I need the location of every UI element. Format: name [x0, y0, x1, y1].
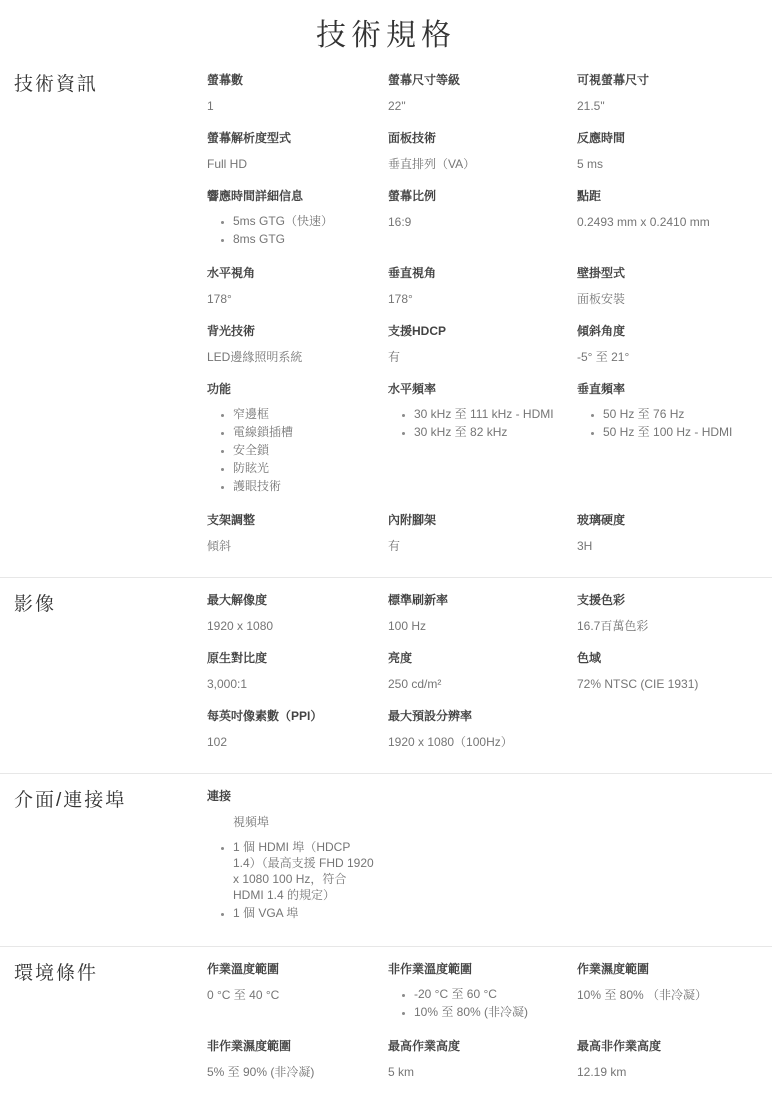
spec-label: 背光技術: [207, 324, 376, 339]
spec-value: 250 cd/m²: [388, 677, 565, 692]
spec-label: 支援HDCP: [388, 324, 565, 339]
spec-cell-h-viewing-angle: 水平視角 178°: [207, 266, 388, 307]
spec-cell-empty: [577, 789, 765, 923]
spec-cell-aspect-ratio: 螢幕比例 16:9: [388, 189, 577, 249]
spec-bullet-list: 50 Hz 至 76 Hz 50 Hz 至 100 Hz - HDMI: [577, 406, 753, 440]
spec-label: 支架調整: [207, 513, 376, 528]
spec-value: 5 km: [388, 1065, 565, 1080]
spec-cell-backlight: 背光技術 LED邊緣照明系統: [207, 324, 388, 365]
spec-value: 有: [388, 539, 565, 554]
spec-bullet-item: 8ms GTG: [233, 231, 376, 247]
spec-value: 16:9: [388, 215, 565, 230]
spec-row: 功能 窄邊框 電線鎖插槽 安全鎖 防眩光 護眼技術 水平頻率 30 kHz 至 …: [207, 382, 772, 513]
spec-cell-response-time: 反應時間 5 ms: [577, 131, 765, 172]
spec-value: 0.2493 mm x 0.2410 mm: [577, 215, 753, 230]
spec-label: 作業溫度範圍: [207, 962, 376, 977]
spec-bullet-list: 1 個 HDMI 埠（HDCP 1.4）（最高支援 FHD 1920 x 108…: [207, 839, 376, 921]
section-technical-info: 技術資訊 螢幕數 1 螢幕尺寸等級 22" 可視螢幕尺寸 21.5" 螢幕解析度…: [0, 58, 772, 577]
spec-cell-color-gamut: 色域 72% NTSC (CIE 1931): [577, 651, 765, 692]
spec-value: 100 Hz: [388, 619, 565, 634]
spec-cell-refresh-rate: 標準刷新率 100 Hz: [388, 593, 577, 634]
spec-label: 最大預設分辨率: [388, 709, 565, 724]
section-interface-ports: 介面/連接埠 連接 視頻埠 1 個 HDMI 埠（HDCP 1.4）（最高支援 …: [0, 773, 772, 946]
spec-label: 螢幕尺寸等級: [388, 73, 565, 88]
spec-cell-screen-size-class: 螢幕尺寸等級 22": [388, 73, 577, 114]
spec-cell-features: 功能 窄邊框 電線鎖插槽 安全鎖 防眩光 護眼技術: [207, 382, 388, 496]
spec-label: 螢幕解析度型式: [207, 131, 376, 146]
spec-bullet-item: -20 °C 至 60 °C: [414, 986, 565, 1002]
spec-bullet-list: 5ms GTG（快速） 8ms GTG: [207, 213, 376, 247]
spec-page: { "page": { "title": "技術規格" }, "sections…: [0, 0, 772, 1103]
section-title: 介面/連接埠: [14, 789, 207, 813]
spec-bullet-item: 30 kHz 至 82 kHz: [414, 424, 565, 440]
spec-cell-hdcp: 支援HDCP 有: [388, 324, 577, 365]
spec-label: 傾斜角度: [577, 324, 753, 339]
spec-value: 16.7百萬色彩: [577, 619, 753, 634]
spec-cell-v-frequency: 垂直頻率 50 Hz 至 76 Hz 50 Hz 至 100 Hz - HDMI: [577, 382, 765, 496]
spec-bullet-item: 安全鎖: [233, 442, 376, 458]
spec-value: -5° 至 21°: [577, 350, 753, 365]
spec-cell-max-operating-altitude: 最高作業高度 5 km: [388, 1039, 577, 1080]
spec-value: 5 ms: [577, 157, 753, 172]
spec-bullet-item: 1 個 VGA 埠: [233, 905, 376, 921]
spec-cell-v-viewing-angle: 垂直視角 178°: [388, 266, 577, 307]
spec-label: 響應時間詳細信息: [207, 189, 376, 204]
spec-value: 21.5": [577, 99, 753, 114]
spec-label: 垂直視角: [388, 266, 565, 281]
spec-label: 點距: [577, 189, 753, 204]
spec-cell-screen-count: 螢幕數 1: [207, 73, 388, 114]
spec-value: 傾斜: [207, 539, 376, 554]
spec-cell-viewable-size: 可視螢幕尺寸 21.5": [577, 73, 765, 114]
spec-bullet-item: 電線鎖插槽: [233, 424, 376, 440]
spec-label: 非作業濕度範圍: [207, 1039, 376, 1054]
spec-value: 面板安裝: [577, 292, 753, 307]
spec-value: 0 °C 至 40 °C: [207, 988, 376, 1003]
spec-cell-h-frequency: 水平頻率 30 kHz 至 111 kHz - HDMI 30 kHz 至 82…: [388, 382, 577, 496]
spec-label: 非作業溫度範圍: [388, 962, 565, 977]
spec-label: 垂直頻率: [577, 382, 753, 397]
spec-bullet-list: 窄邊框 電線鎖插槽 安全鎖 防眩光 護眼技術: [207, 406, 376, 494]
spec-label: 可視螢幕尺寸: [577, 73, 753, 88]
spec-row: 非作業濕度範圍 5% 至 90% (非冷凝) 最高作業高度 5 km 最高非作業…: [207, 1039, 772, 1097]
spec-value: 10% 至 80% （非冷凝）: [577, 988, 753, 1003]
spec-value: 有: [388, 350, 565, 365]
spec-value: 1920 x 1080: [207, 619, 376, 634]
section-title: 技術資訊: [14, 73, 207, 97]
spec-label: 玻璃硬度: [577, 513, 753, 528]
spec-bullet-item: 1 個 HDMI 埠（HDCP 1.4）（最高支援 FHD 1920 x 108…: [233, 839, 376, 903]
spec-row: 原生對比度 3,000:1 亮度 250 cd/m² 色域 72% NTSC (…: [207, 651, 772, 709]
spec-value: 22": [388, 99, 565, 114]
spec-label: 螢幕比例: [388, 189, 565, 204]
spec-cell-brightness: 亮度 250 cd/m²: [388, 651, 577, 692]
spec-cell-tilt-angle: 傾斜角度 -5° 至 21°: [577, 324, 765, 365]
spec-value: Full HD: [207, 157, 376, 172]
spec-value: LED邊緣照明系統: [207, 350, 376, 365]
spec-value: 178°: [207, 292, 376, 307]
spec-bullet-item: 10% 至 80% (非冷凝): [414, 1004, 565, 1020]
spec-cell-max-preset-resolution: 最大預設分辨率 1920 x 1080（100Hz）: [388, 709, 577, 750]
spec-row: 背光技術 LED邊緣照明系統 支援HDCP 有 傾斜角度 -5° 至 21°: [207, 324, 772, 382]
section-body: 螢幕數 1 螢幕尺寸等級 22" 可視螢幕尺寸 21.5" 螢幕解析度型式 Fu…: [207, 73, 772, 571]
spec-label: 亮度: [388, 651, 565, 666]
spec-cell-ppi: 每英吋像素數（PPI） 102: [207, 709, 388, 750]
section-body: 作業溫度範圍 0 °C 至 40 °C 非作業溫度範圍 -20 °C 至 60 …: [207, 962, 772, 1097]
spec-label: 最大解像度: [207, 593, 376, 608]
spec-cell-operating-temperature: 作業溫度範圍 0 °C 至 40 °C: [207, 962, 388, 1022]
spec-label: 支援色彩: [577, 593, 753, 608]
spec-bullet-item: 50 Hz 至 76 Hz: [603, 406, 753, 422]
section-body: 連接 視頻埠 1 個 HDMI 埠（HDCP 1.4）（最高支援 FHD 192…: [207, 789, 772, 940]
spec-row: 支架調整 傾斜 內附腳架 有 玻璃硬度 3H: [207, 513, 772, 571]
spec-cell-max-resolution: 最大解像度 1920 x 1080: [207, 593, 388, 634]
spec-bullet-item: 護眼技術: [233, 478, 376, 494]
spec-bullet-item: 50 Hz 至 100 Hz - HDMI: [603, 424, 753, 440]
spec-label: 功能: [207, 382, 376, 397]
spec-cell-operating-humidity: 作業濕度範圍 10% 至 80% （非冷凝）: [577, 962, 765, 1022]
section-environment: 環境條件 作業溫度範圍 0 °C 至 40 °C 非作業溫度範圍 -20 °C …: [0, 946, 772, 1103]
spec-bullet-item: 防眩光: [233, 460, 376, 476]
spec-value: 垂直排列（VA）: [388, 157, 565, 172]
spec-label: 標準刷新率: [388, 593, 565, 608]
spec-cell-resolution-type: 螢幕解析度型式 Full HD: [207, 131, 388, 172]
spec-value: 72% NTSC (CIE 1931): [577, 677, 753, 692]
spec-label: 面板技術: [388, 131, 565, 146]
spec-row: 連接 視頻埠 1 個 HDMI 埠（HDCP 1.4）（最高支援 FHD 192…: [207, 789, 772, 940]
section-title: 影像: [14, 593, 207, 617]
section-body: 最大解像度 1920 x 1080 標準刷新率 100 Hz 支援色彩 16.7…: [207, 593, 772, 767]
spec-label: 每英吋像素數（PPI）: [207, 709, 376, 724]
spec-cell-color-support: 支援色彩 16.7百萬色彩: [577, 593, 765, 634]
spec-row: 響應時間詳細信息 5ms GTG（快速） 8ms GTG 螢幕比例 16:9 點…: [207, 189, 772, 266]
spec-value: 102: [207, 735, 376, 750]
spec-value: 3,000:1: [207, 677, 376, 692]
spec-value: 178°: [388, 292, 565, 307]
spec-label: 反應時間: [577, 131, 753, 146]
spec-cell-non-operating-temperature: 非作業溫度範圍 -20 °C 至 60 °C 10% 至 80% (非冷凝): [388, 962, 577, 1022]
spec-cell-response-detail: 響應時間詳細信息 5ms GTG（快速） 8ms GTG: [207, 189, 388, 249]
spec-value: 3H: [577, 539, 753, 554]
spec-cell-wall-mount: 壁掛型式 面板安裝: [577, 266, 765, 307]
spec-cell-pixel-pitch: 點距 0.2493 mm x 0.2410 mm: [577, 189, 765, 249]
spec-cell-glass-hardness: 玻璃硬度 3H: [577, 513, 765, 554]
spec-label: 作業濕度範圍: [577, 962, 753, 977]
spec-cell-empty: [388, 789, 577, 923]
spec-bullet-list: 30 kHz 至 111 kHz - HDMI 30 kHz 至 82 kHz: [388, 406, 565, 440]
spec-label: 內附腳架: [388, 513, 565, 528]
section-title: 環境條件: [14, 962, 207, 986]
spec-label: 水平頻率: [388, 382, 565, 397]
spec-label: 連接: [207, 789, 376, 804]
spec-label: 壁掛型式: [577, 266, 753, 281]
spec-sublabel: 視頻埠: [233, 815, 376, 830]
spec-row: 作業溫度範圍 0 °C 至 40 °C 非作業溫度範圍 -20 °C 至 60 …: [207, 962, 772, 1039]
spec-cell-max-non-operating-altitude: 最高非作業高度 12.19 km: [577, 1039, 765, 1080]
spec-value: 1: [207, 99, 376, 114]
spec-cell-empty: [577, 709, 765, 750]
spec-bullet-list: -20 °C 至 60 °C 10% 至 80% (非冷凝): [388, 986, 565, 1020]
spec-cell-panel-tech: 面板技術 垂直排列（VA）: [388, 131, 577, 172]
spec-bullet-item: 窄邊框: [233, 406, 376, 422]
spec-label: 色域: [577, 651, 753, 666]
page-title: 技術規格: [0, 0, 772, 58]
spec-value: 5% 至 90% (非冷凝): [207, 1065, 376, 1080]
spec-label: 水平視角: [207, 266, 376, 281]
spec-cell-contrast-ratio: 原生對比度 3,000:1: [207, 651, 388, 692]
spec-value: 1920 x 1080（100Hz）: [388, 735, 565, 750]
spec-row: 螢幕解析度型式 Full HD 面板技術 垂直排列（VA） 反應時間 5 ms: [207, 131, 772, 189]
spec-cell-stand-adjust: 支架調整 傾斜: [207, 513, 388, 554]
spec-row: 螢幕數 1 螢幕尺寸等級 22" 可視螢幕尺寸 21.5": [207, 73, 772, 131]
spec-label: 最高非作業高度: [577, 1039, 753, 1054]
spec-row: 最大解像度 1920 x 1080 標準刷新率 100 Hz 支援色彩 16.7…: [207, 593, 772, 651]
spec-cell-connectivity: 連接 視頻埠 1 個 HDMI 埠（HDCP 1.4）（最高支援 FHD 192…: [207, 789, 388, 923]
spec-row: 水平視角 178° 垂直視角 178° 壁掛型式 面板安裝: [207, 266, 772, 324]
section-image: 影像 最大解像度 1920 x 1080 標準刷新率 100 Hz 支援色彩 1…: [0, 577, 772, 773]
spec-bullet-item: 5ms GTG（快速）: [233, 213, 376, 229]
spec-bullet-item: 30 kHz 至 111 kHz - HDMI: [414, 406, 565, 422]
spec-value: 12.19 km: [577, 1065, 753, 1080]
spec-label: 最高作業高度: [388, 1039, 565, 1054]
spec-label: 原生對比度: [207, 651, 376, 666]
spec-row: 每英吋像素數（PPI） 102 最大預設分辨率 1920 x 1080（100H…: [207, 709, 772, 767]
spec-cell-stand-included: 內附腳架 有: [388, 513, 577, 554]
spec-label: 螢幕數: [207, 73, 376, 88]
spec-cell-non-operating-humidity: 非作業濕度範圍 5% 至 90% (非冷凝): [207, 1039, 388, 1080]
